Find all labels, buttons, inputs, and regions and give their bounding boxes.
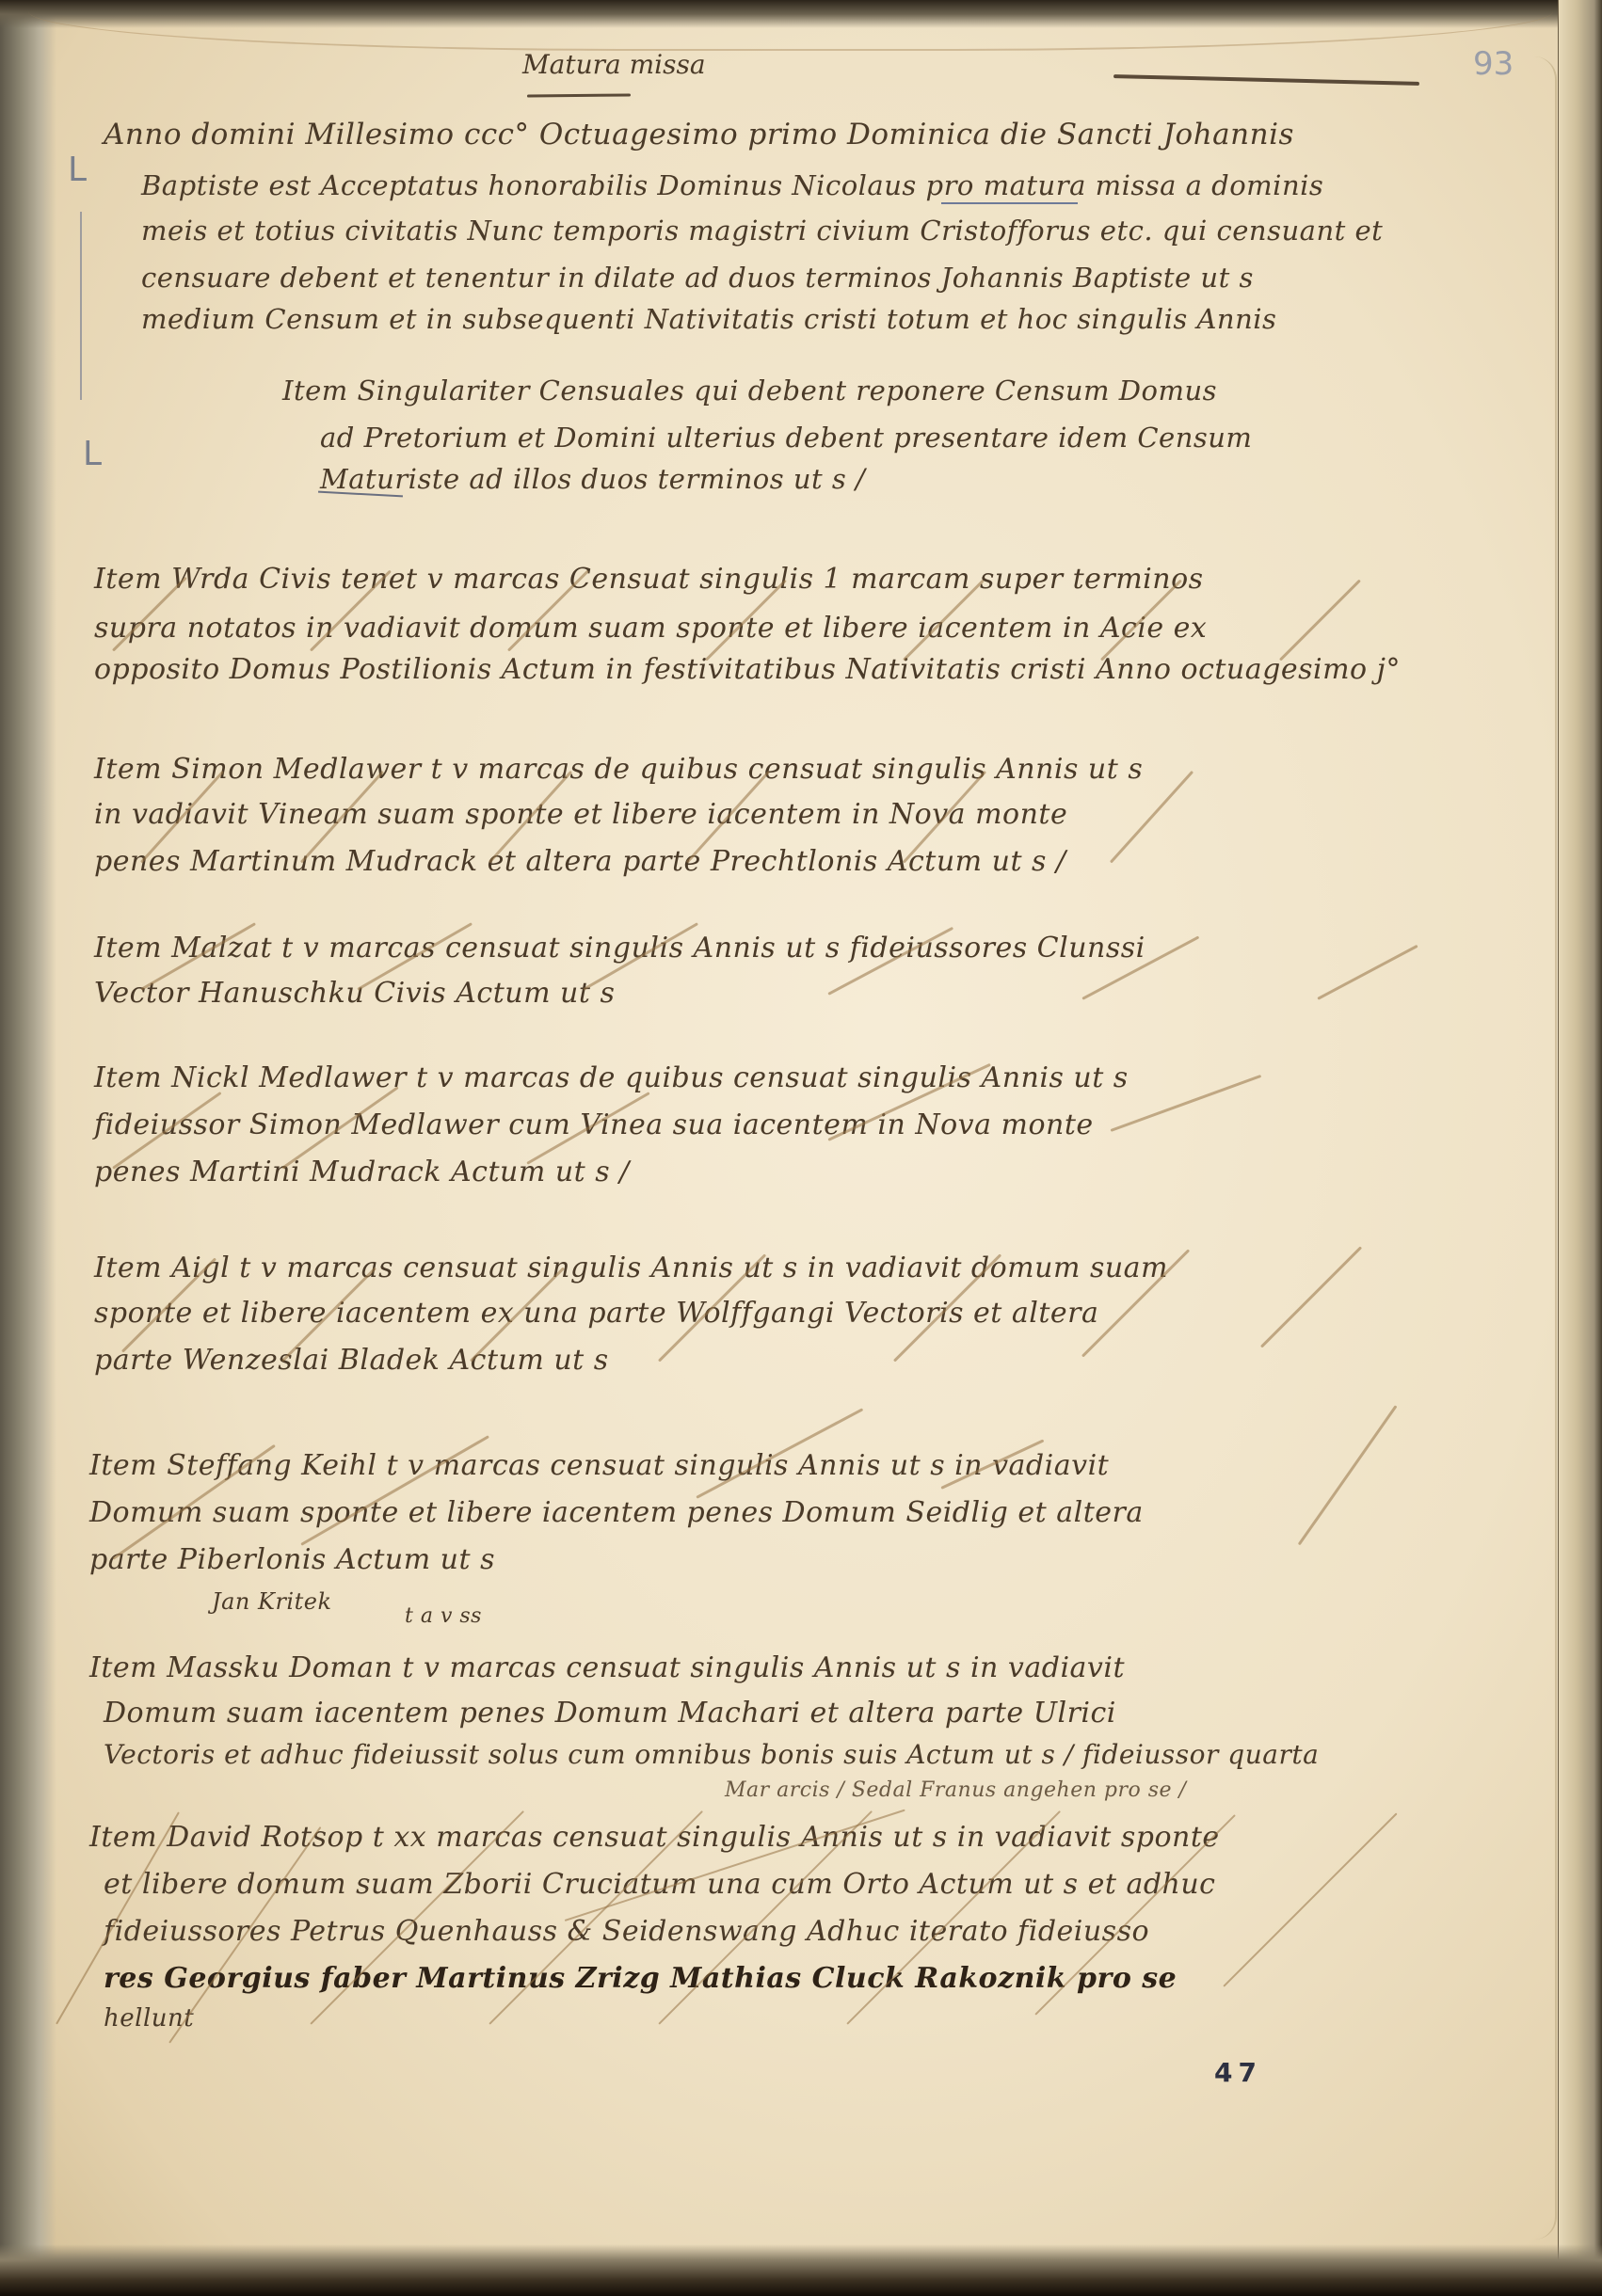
entry-line: Maturiste ad illos duos terminos ut s / <box>320 463 865 495</box>
entry-line: Item Aigl t v marcas censuat singulis An… <box>94 1252 1168 1284</box>
margin-bracket-mark: L <box>83 435 102 473</box>
entry-line: Item Singulariter Censuales qui debent r… <box>282 375 1217 407</box>
bottom-page-edge <box>0 2244 1602 2296</box>
entry-line: parte Piberlonis Actum ut s <box>89 1543 495 1576</box>
pencil-folio-number: 93 <box>1473 45 1514 83</box>
binding-gutter <box>0 0 56 2296</box>
entry-line: fideiussores Petrus Quenhauss & Seidensw… <box>104 1915 1149 1948</box>
entry-line: in vadiavit Vineam suam sponte et libere… <box>94 798 1067 831</box>
pencil-underline <box>941 202 1078 204</box>
entry-line: Domum suam sponte et libere iacentem pen… <box>89 1496 1144 1529</box>
entry-line: Anno domini Millesimo ccc° Octuagesimo p… <box>104 118 1294 151</box>
heading-underline <box>527 93 631 97</box>
cancellation-stroke <box>1110 1075 1261 1132</box>
cancellation-stroke <box>1279 580 1361 662</box>
entry-line: Baptiste est Acceptatus honorabilis Domi… <box>141 169 1323 201</box>
page-curl-edge <box>1534 56 1557 2240</box>
entry-line: Item Malzat t v marcas censuat singulis … <box>94 932 1145 965</box>
entry-line: Vector Hanuschku Civis Actum ut s <box>94 977 615 1010</box>
cancellation-stroke <box>1317 945 1418 1000</box>
entry-line: censuare debent et tenentur in dilate ad… <box>141 262 1254 294</box>
manuscript-page: Matura missa 93 L L Anno domini Millesim… <box>0 0 1602 2296</box>
note-below: Mar arcis / Sedal Franus angehen pro se … <box>725 1778 1186 1802</box>
cancellation-stroke <box>1298 1405 1398 1545</box>
annotation-inline: t a v ss <box>405 1604 482 1628</box>
entry-line: parte Wenzeslai Bladek Actum ut s <box>94 1344 609 1377</box>
entry-line: sponte et libere iacentem ex una parte W… <box>94 1297 1098 1330</box>
entry-line: supra notatos in vadiavit domum suam spo… <box>94 612 1207 645</box>
entry-line: Vectoris et adhuc fideiussit solus cum o… <box>104 1739 1319 1770</box>
entry-line: Item Nickl Medlawer t v marcas de quibus… <box>94 1061 1129 1094</box>
margin-bracket-mark: L <box>68 151 87 189</box>
page-heading: Matura missa <box>522 49 706 80</box>
entry-line: res Georgius faber Martinus Zrizg Mathia… <box>104 1962 1177 1995</box>
annotation-above: Jan Kritek <box>212 1588 331 1615</box>
page-number-stamp: 47 <box>1214 2057 1262 2088</box>
entry-line: Domum suam iacentem penes Domum Machari … <box>104 1697 1116 1730</box>
entry-line: Item David Rotsop t xx marcas censuat si… <box>89 1821 1220 1854</box>
entry-line: Item Simon Medlawer t v marcas de quibus… <box>94 753 1143 786</box>
cancellation-stroke <box>1260 1246 1362 1347</box>
cancellation-stroke <box>1223 1812 1397 1986</box>
page-stack-edge <box>1558 0 1602 2296</box>
entry-line: opposito Domus Postilionis Actum in fest… <box>94 653 1401 686</box>
entry-line: Item Wrda Civis tenet v marcas Censuat s… <box>94 563 1204 596</box>
entry-line: penes Martini Mudrack Actum ut s / <box>94 1156 630 1188</box>
entry-line: medium Censum et in subsequenti Nativita… <box>141 303 1276 335</box>
margin-vertical-line <box>80 212 82 400</box>
entry-line: meis et totius civitatis Nunc temporis m… <box>141 215 1383 247</box>
entry-line: ad Pretorium et Domini ulterius debent p… <box>320 422 1252 454</box>
water-stain <box>28 11 1553 51</box>
top-right-rule <box>1113 74 1419 86</box>
entry-line: Item Massku Doman t v marcas censuat sin… <box>89 1651 1125 1684</box>
entry-line: penes Martinum Mudrack et altera parte P… <box>94 845 1066 878</box>
